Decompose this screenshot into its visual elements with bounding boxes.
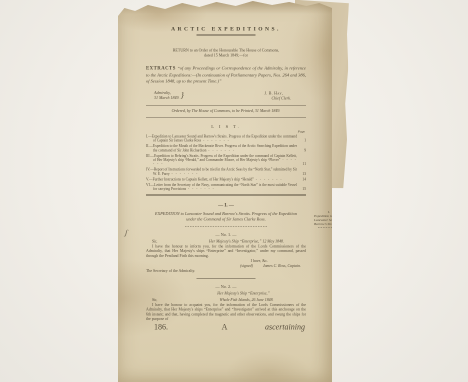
letter-2-body: I have the honour to acquaint you, for t…: [146, 302, 306, 321]
section-separator-rule: [146, 195, 306, 196]
list-item-page: 1: [304, 139, 306, 143]
section-heading-wrap: EXPEDITION to Lancaster Sound and Barrow…: [146, 211, 306, 222]
letter-separator-rule: [197, 278, 256, 279]
ink-mark: ʃ: [124, 228, 129, 237]
letter-1: Sir, Her Majesty's Ship “Enterprise,” 12…: [146, 239, 306, 273]
letter-2: Her Majesty's Ship “Enterprise,” Sir, Wh…: [146, 291, 306, 322]
clerk-title: Chief Clerk.: [264, 96, 291, 101]
list-item-text: VI.—Letter from the Secretary of the Nav…: [146, 183, 297, 191]
signed-label: (signed): [240, 263, 253, 268]
section-heading: EXPEDITION to Lancaster Sound and Barrow…: [146, 211, 306, 222]
list-item-page: 15: [302, 187, 306, 191]
page-column-label: Page: [146, 129, 305, 133]
letter-1-addressee: The Secretary of the Admiralty.: [146, 269, 306, 274]
sidenote-rule: [318, 227, 340, 228]
letter-1-body: I have the honour to inform you, for the…: [146, 244, 306, 258]
catchword: ascertaining: [260, 323, 306, 332]
list-item-page: 14: [302, 177, 306, 181]
return-line-2: dated 15 March 1849;—for: [146, 53, 306, 58]
list-item: II.—Expedition to the Mouth of the Macke…: [146, 144, 306, 152]
document-title: ARCTIC EXPEDITIONS.: [146, 26, 306, 32]
list-item: III.—Expedition to Behring's Straits. Pr…: [146, 154, 306, 167]
title-double-rule: [197, 34, 256, 36]
sidenote-text: Expedition to Lancaster Sound and Barrow…: [314, 214, 344, 226]
document-page: ʃ ARCTIC EXPEDITIONS. RETURN to an Order…: [118, 0, 332, 382]
horizontal-rule: [146, 105, 306, 106]
page-content: ARCTIC EXPEDITIONS. RETURN to an Order o…: [146, 26, 306, 332]
list-item: VI.—Letter from the Secretary of the Nav…: [146, 183, 306, 191]
letter-2-label: — No. 2. —: [146, 284, 306, 289]
press-mark: A: [189, 323, 260, 332]
contents-list: I.—Expedition to Lancaster Sound and Bar…: [146, 135, 306, 192]
section-numeral: — I. —: [146, 203, 306, 209]
list-item-text: V.—Further Instructions to Captain Kelle…: [146, 177, 283, 181]
extracts-paragraph: EXTRACTS “of any Proceedings or Correspo…: [146, 65, 306, 84]
extracts-lead-word: EXTRACTS: [146, 66, 176, 71]
list-item-text: II.—Expedition to the Mouth of the Macke…: [146, 144, 297, 152]
marginal-sidenote: I. Expedition to Lancaster Sound and Bar…: [314, 210, 344, 228]
ordered-to-print-line: Ordered, by The House of Commons, to be …: [146, 108, 306, 113]
return-order-paragraph: RETURN to an Order of the Honourable The…: [146, 48, 306, 58]
list-item: IV.—Report of Instructions forwarded to …: [146, 168, 306, 176]
list-item-text: IV.—Report of Instructions forwarded to …: [146, 168, 297, 176]
letter-2-shipline: Her Majesty's Ship “Enterprise,”: [146, 291, 306, 296]
page-footer: 186. A ascertaining: [146, 323, 306, 332]
list-item-text: III.—Expedition to Behring's Straits. Pr…: [146, 154, 297, 166]
clerk-signature-block: J. B. Hay, Chief Clerk.: [264, 91, 291, 101]
photo-background: ʃ ARCTIC EXPEDITIONS. RETURN to an Order…: [0, 0, 468, 382]
dashed-rule: [185, 227, 267, 228]
list-item: I.—Expedition to Lancaster Sound and Bar…: [146, 135, 306, 143]
letter-1-signature-row: (signed) James C. Ross, Captain.: [146, 263, 306, 268]
horizontal-rule: [146, 117, 306, 118]
imprint-row: Admiralty, 31 March 1849. } J. B. Hay, C…: [154, 90, 291, 101]
list-item-text: I.—Expedition to Lancaster Sound and Bar…: [146, 135, 297, 143]
list-heading: L I S T.: [146, 124, 306, 129]
list-item: V.—Further Instructions to Captain Kelle…: [146, 177, 306, 181]
imprint-brace: }: [181, 93, 184, 98]
list-item-page: 9: [304, 148, 306, 152]
paper-number: 186.: [146, 323, 189, 332]
list-item-page: 13: [302, 172, 306, 176]
letter-1-label: — No. 1. —: [146, 232, 306, 237]
imprint-date: 31 March 1849.: [154, 96, 180, 101]
list-item-page: 11: [303, 162, 306, 166]
letter-1-signature: James C. Ross, Captain.: [263, 263, 301, 268]
imprint-office-block: Admiralty, 31 March 1849. }: [154, 90, 184, 101]
